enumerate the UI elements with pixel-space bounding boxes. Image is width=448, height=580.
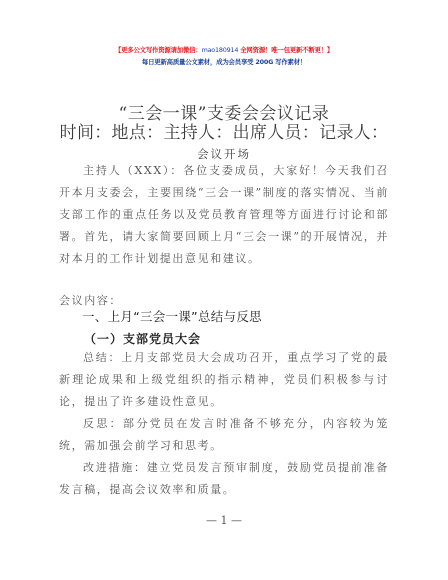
- promo-banner-suffix: 全网资源！唯一包更新不断更！】: [238, 46, 333, 54]
- section-heading-1: 一、上月“三会一课”总结与反思: [82, 307, 262, 325]
- promo-banner-prefix: 【更多公文写作资源请加微信：: [115, 46, 202, 54]
- page-number: — 1 —: [0, 514, 448, 527]
- promo-wechat-id: mao180914: [202, 46, 239, 54]
- meeting-info-line: 时间：地点：主持人：出席人员：记录人：: [0, 118, 448, 143]
- subsection-heading-1: （一）支部党员大会: [84, 330, 201, 347]
- improvement-paragraph: 改进措施：建立党员发言预审制度，鼓励党员提前准备发言稿，提高会议效率和质量。: [59, 457, 389, 501]
- reflection-paragraph: 反思：部分党员在发言时准备不够充分，内容较为笼统，需加强会前学习和思考。: [59, 413, 389, 457]
- meeting-content-label: 会议内容：: [59, 292, 122, 308]
- host-opening-paragraph: 主持人（XXX）：各位支委成员，大家好！今天我们召开本月支委会，主要围绕“三会一…: [59, 160, 389, 270]
- promo-banner-line-2: 每日更新高质量公文素材，成为会员享受 200G 写作素材！: [0, 57, 448, 66]
- summary-paragraph: 总结：上月支部党员大会成功召开，重点学习了党的最新理论成果和上级党组织的指示精神…: [59, 347, 389, 413]
- promo-banner-line-1: 【更多公文写作资源请加微信：mao180914 全网资源！唯一包更新不断更！】: [0, 45, 448, 54]
